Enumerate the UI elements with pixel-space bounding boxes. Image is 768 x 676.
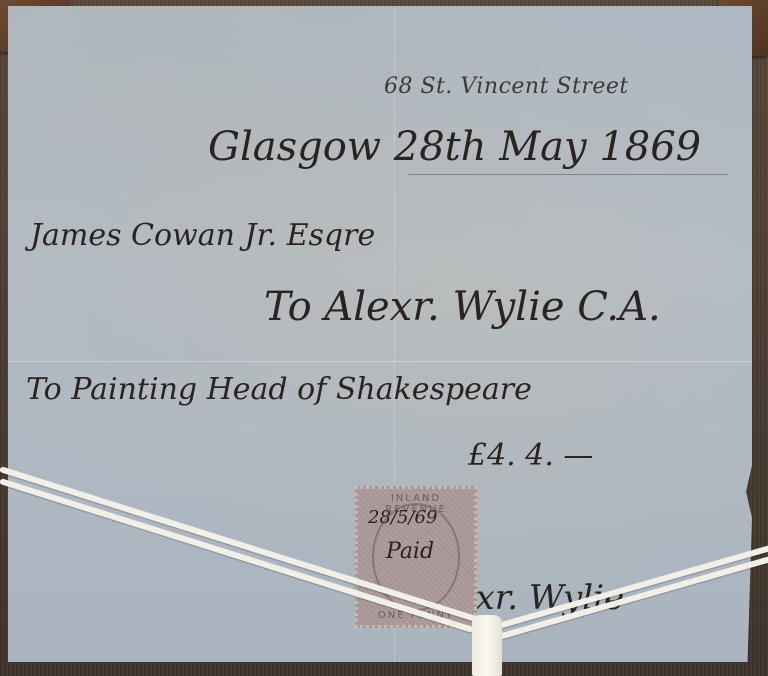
string-knot (472, 615, 502, 676)
place-date-line: Glasgow 28th May 1869 (208, 124, 701, 170)
from-line: To Alexr. Wylie C.A. (264, 284, 661, 330)
revenue-stamp: INLAND REVENUE ONE PENNY 28/5/69 Paid (355, 486, 477, 628)
fold-line (8, 361, 752, 362)
amount: £4. 4. — (468, 438, 593, 473)
address-line: 68 St. Vincent Street (384, 74, 629, 99)
item-description: To Painting Head of Shakespeare (26, 372, 532, 407)
stamp-annotation-date: 28/5/69 (368, 507, 437, 528)
date-rule (408, 174, 728, 175)
recipient-name: James Cowan Jr. Esqre (30, 218, 375, 253)
stamp-annotation-paid: Paid (386, 539, 434, 564)
